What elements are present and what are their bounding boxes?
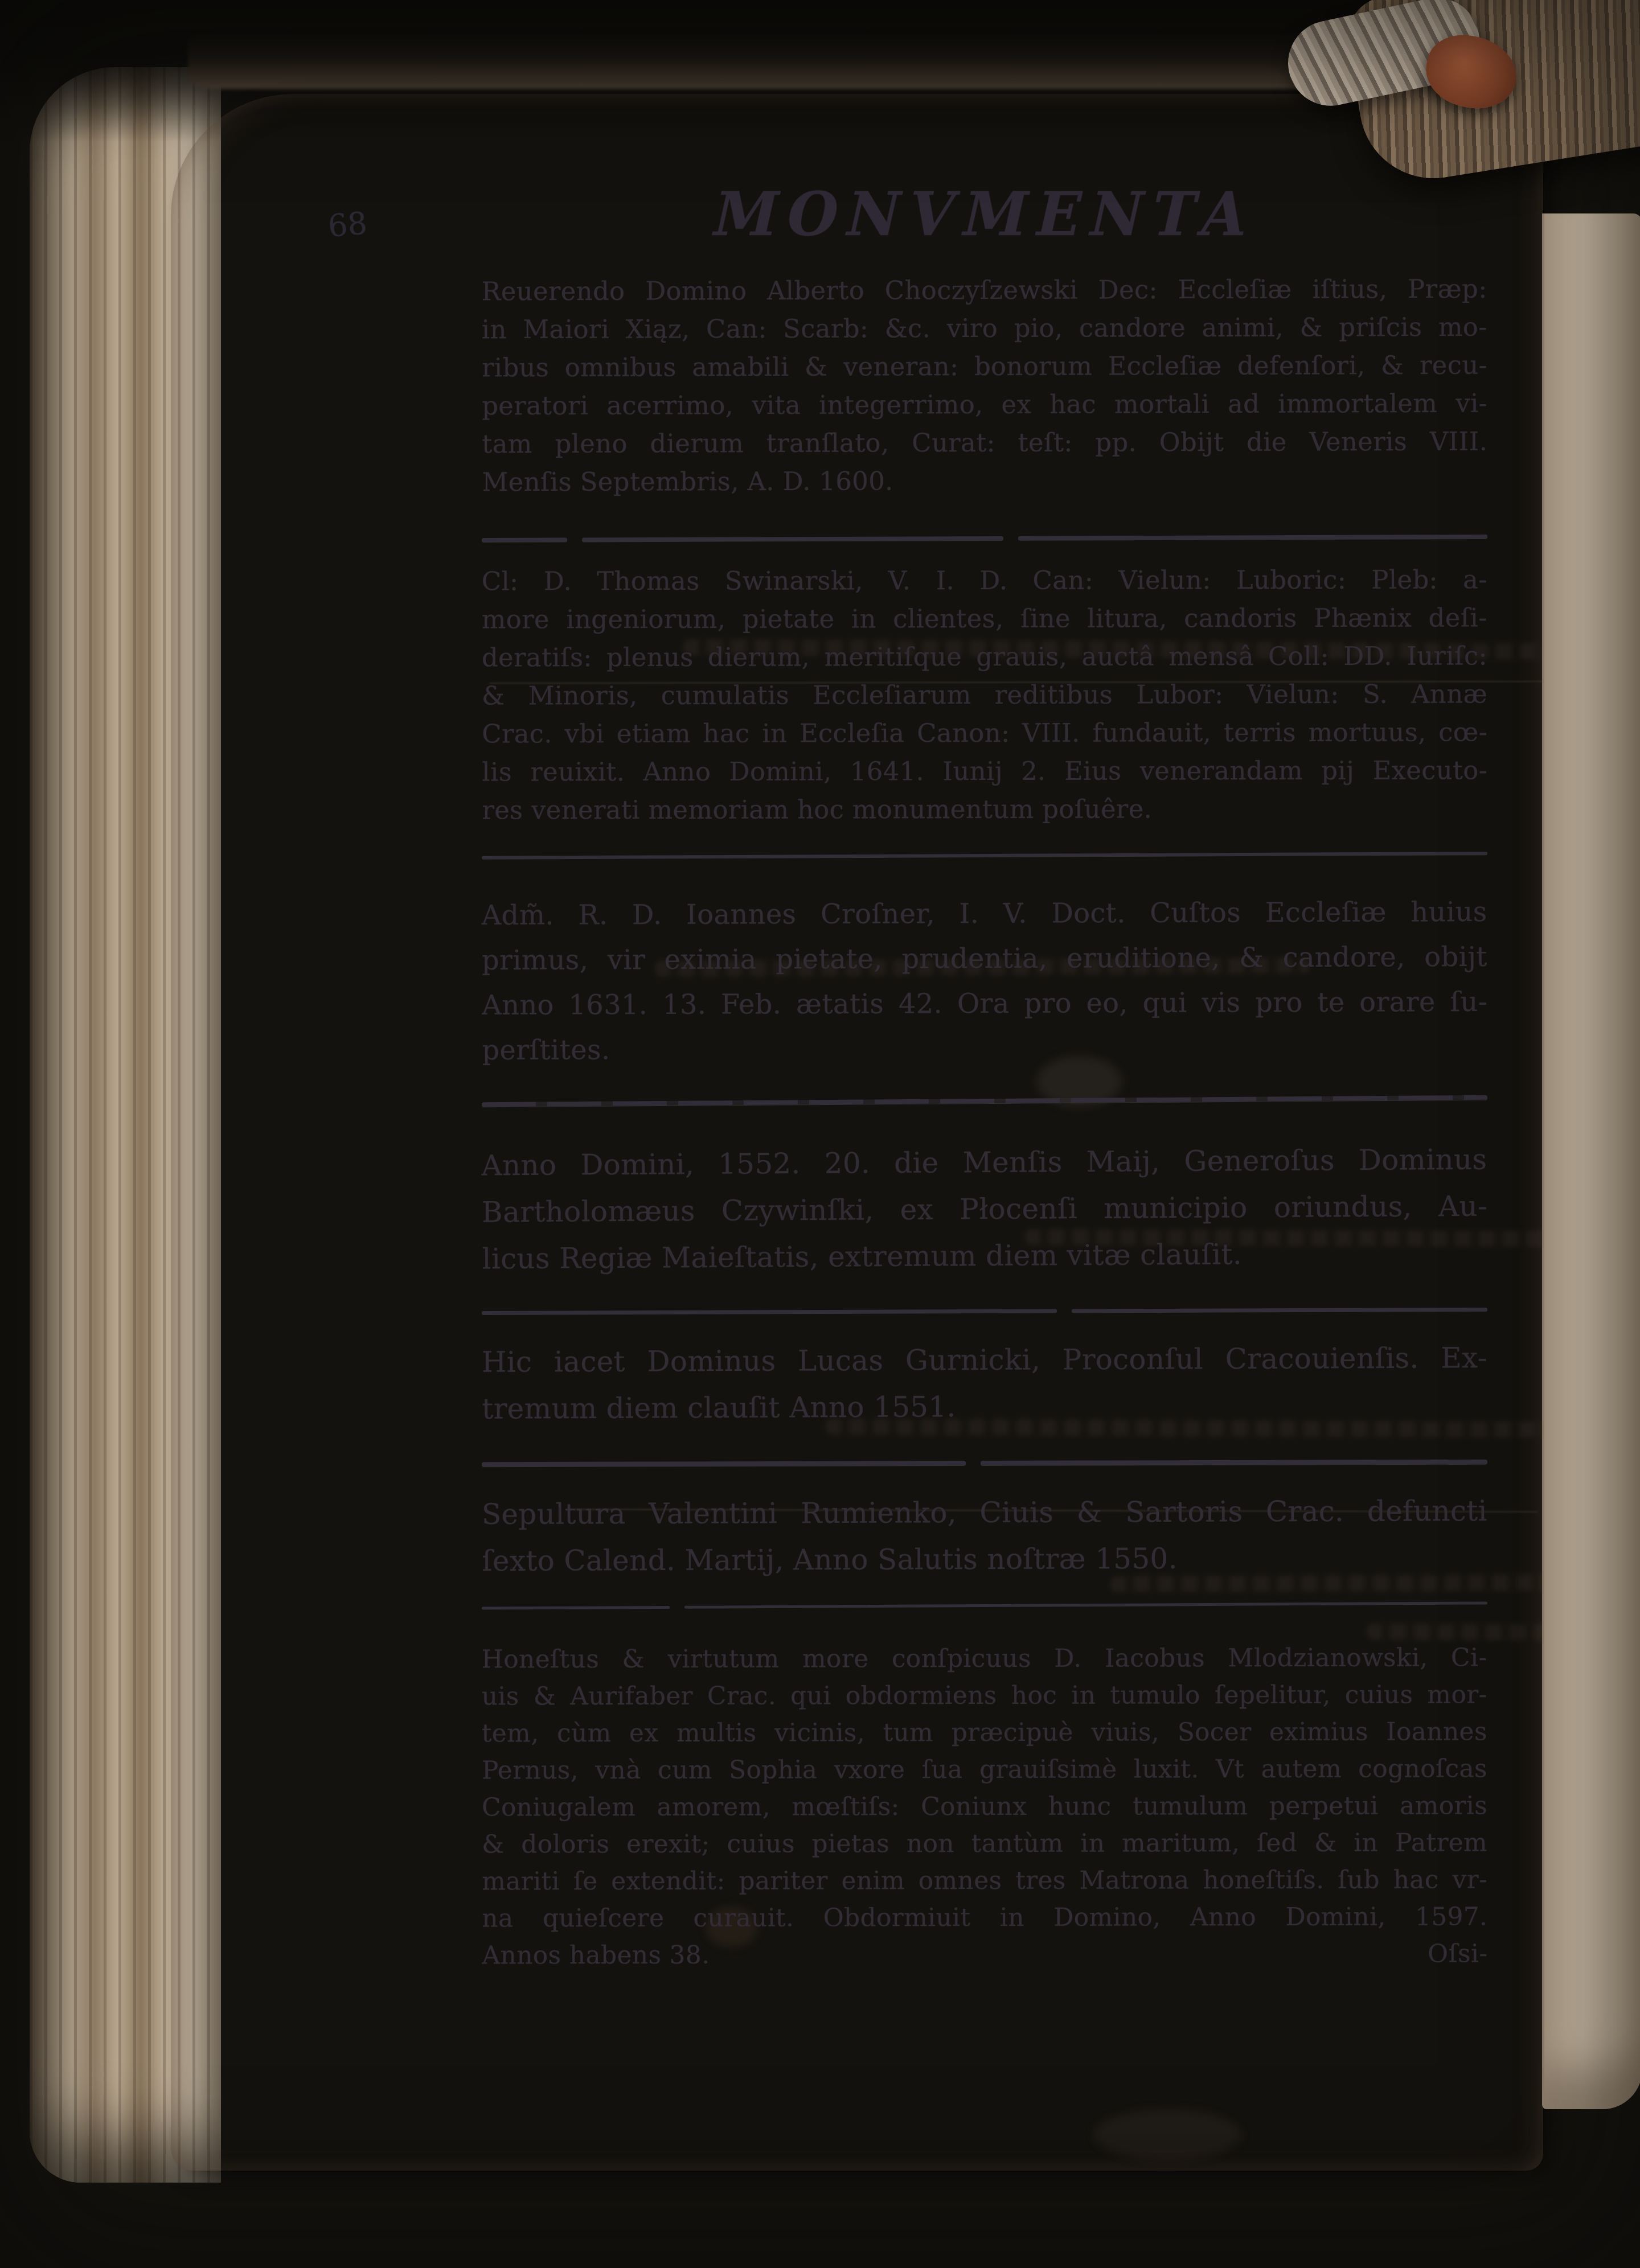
text-line: Hic iacet Dominus Lucas Gurnicki, Procon…	[482, 1334, 1487, 1386]
section-divider	[482, 1460, 1487, 1467]
running-head-title: MONVMENTA	[480, 179, 1490, 250]
divider-segment	[482, 1461, 966, 1466]
under-page-edge	[1542, 213, 1640, 2109]
section-divider	[482, 852, 1487, 859]
divider-segment	[684, 1601, 1487, 1608]
epitaph-entry-mlodzianowski: Honeſtus & virtutum more conſpicuus D. I…	[481, 1639, 1487, 1974]
text-line: Honeſtus & virtutum more conſpicuus D. I…	[481, 1639, 1487, 1678]
text-line-with-catchword: Annos habens 38. Oſsi-	[482, 1935, 1487, 1974]
page-number: 68	[326, 205, 368, 244]
text-line: primus, vir eximia pietate, prudentia, e…	[482, 935, 1487, 983]
paper-stain	[1093, 2109, 1241, 2160]
epitaph-entry-czywinski: Anno Domini, 1552. 20. die Menſis Maij, …	[481, 1136, 1487, 1283]
epitaph-entry-choczyszewski: Reuerendo Domino Alberto Choczyſzewski D…	[481, 270, 1487, 502]
text-line: more ingeniorum, pietate in clientes, ſi…	[482, 598, 1487, 638]
text-line: tremum diem clauſit Anno 1551.	[482, 1381, 1487, 1432]
divider-segment	[1018, 535, 1487, 540]
epitaph-entry-swinarski: Cl: D. Thomas Swinarski, V. I. D. Can: V…	[482, 560, 1488, 829]
text-line: licus Regiæ Maieſtatis, extremum diem vi…	[482, 1230, 1487, 1283]
section-divider	[482, 1601, 1487, 1609]
text-line: lis reuixit. Anno Domini, 1641. Iunij 2.…	[482, 751, 1487, 791]
text-line: ribus omnibus amabili & veneran: bonorum…	[482, 346, 1487, 387]
text-line: Crac. vbi etiam hac in Eccleſia Canon: V…	[482, 713, 1487, 753]
last-line-text: Annos habens 38.	[482, 1937, 710, 1974]
text-line: tam pleno dierum tranſlato, Curat: teſt:…	[482, 422, 1487, 463]
text-line: Bartholomæus Czywinſki, ex Płocenſi muni…	[482, 1183, 1487, 1236]
text-line: uis & Aurifaber Crac. qui obdormiens hoc…	[482, 1676, 1487, 1715]
divider-segment	[981, 1460, 1487, 1465]
text-line: res venerati memoriam hoc monumentum poſ…	[482, 789, 1487, 829]
text-line: Adm̃. R. D. Ioannes Croſner, I. V. Doct.…	[481, 890, 1487, 938]
section-divider	[482, 1308, 1487, 1314]
text-line: Pernus, vnà cum Sophia vxore ſua grauiſs…	[482, 1750, 1487, 1789]
text-line: Coniugalem amorem, mœſtiſs: Coniunx hunc…	[482, 1787, 1487, 1826]
text-line: na quieſcere curauit. Obdormiuit in Domi…	[482, 1898, 1487, 1937]
divider-segment	[482, 1606, 670, 1609]
catchword: Oſsi-	[1428, 1935, 1488, 1972]
text-line: Anno Domini, 1552. 20. die Menſis Maij, …	[481, 1136, 1487, 1189]
section-divider	[482, 535, 1487, 542]
divider-segment	[482, 1309, 1057, 1315]
text-line: peratori acerrimo, vita integerrimo, ex …	[482, 384, 1487, 425]
headband	[1378, 0, 1640, 216]
divider-segment	[582, 536, 1003, 542]
divider-segment	[482, 1095, 1487, 1107]
epitaph-entry-gurnicki: Hic iacet Dominus Lucas Gurnicki, Procon…	[482, 1334, 1488, 1432]
text-line: & doloris erexit; cuius pietas non tantù…	[482, 1824, 1487, 1863]
text-line: ſexto Calend. Martij, Anno Salutis noſtr…	[482, 1534, 1487, 1584]
text-line: Menſis Septembris, A. D. 1600.	[482, 461, 1487, 502]
epitaph-entry-rumienko: Sepultura Valentini Rumienko, Ciuis & Sa…	[482, 1488, 1488, 1584]
section-divider	[482, 1095, 1487, 1107]
text-line: Anno 1631. 13. Feb. ætatis 42. Ora pro e…	[482, 980, 1487, 1028]
divider-segment	[1072, 1308, 1487, 1313]
text-line: perſtites.	[482, 1025, 1487, 1073]
divider-segment	[482, 538, 567, 543]
text-line: mariti ſe extendit: pariter enim omnes t…	[482, 1861, 1487, 1900]
epitaph-entry-crosner: Adm̃. R. D. Ioannes Croſner, I. V. Doct.…	[481, 890, 1487, 1073]
divider-segment	[482, 852, 1487, 859]
text-line: tem, cùm ex multis vicinis, tum præcipuè…	[482, 1713, 1487, 1752]
book-photo: 68 MONVMENTA Reuerendo Domino Alberto Ch…	[0, 0, 1640, 2268]
text-line: Cl: D. Thomas Swinarski, V. I. D. Can: V…	[482, 560, 1487, 600]
text-line: Sepultura Valentini Rumienko, Ciuis & Sa…	[482, 1488, 1487, 1538]
text-line: in Maiori Xiąz, Can: Scarb: &c. viro pio…	[482, 308, 1487, 349]
text-line: & Minoris, cumulatis Eccleſiarum reditib…	[482, 675, 1487, 714]
text-line: deratiſs: plenus dierum, meritiſque grau…	[482, 636, 1487, 676]
book-page: 68 MONVMENTA Reuerendo Domino Alberto Ch…	[171, 94, 1543, 2171]
text-line: Reuerendo Domino Alberto Choczyſzewski D…	[481, 270, 1487, 311]
